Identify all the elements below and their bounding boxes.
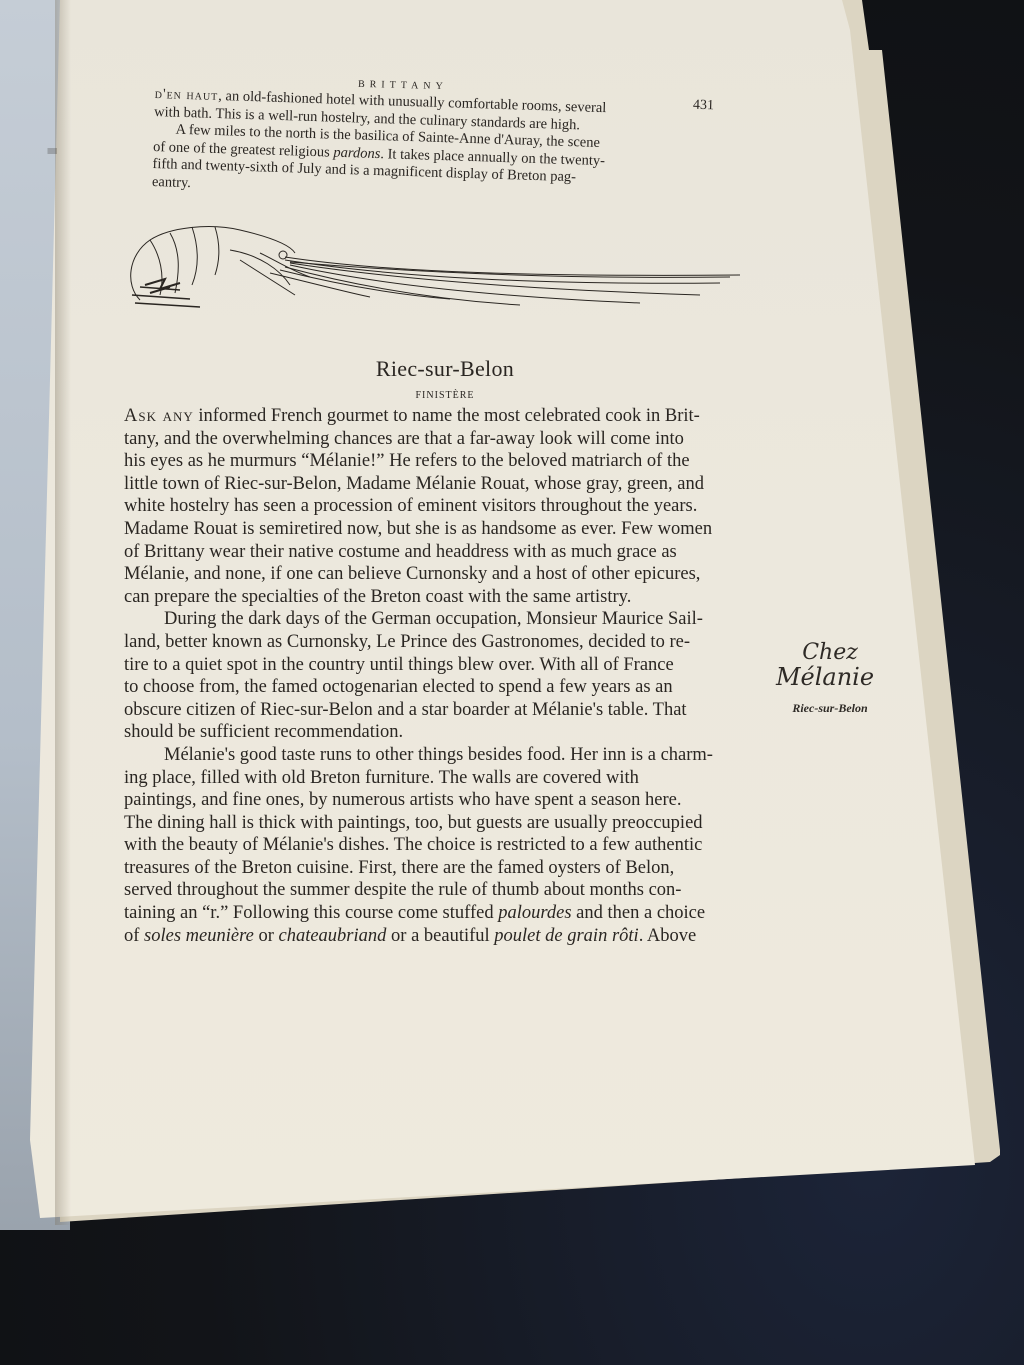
text-line: treasures of the Breton cuisine. First, … (124, 857, 764, 880)
text-line: obscure citizen of Riec-sur-Belon and a … (124, 699, 764, 722)
text-line: land, better known as Curnonsky, Le Prin… (124, 631, 764, 654)
running-head: BRITTANY (358, 79, 448, 92)
small-caps-lead: d'en haut (154, 86, 218, 104)
italic-term: palourdes (498, 903, 571, 923)
text-line: to choose from, the famed octogenarian e… (124, 676, 764, 699)
section-title: Riec-sur-Belon (0, 356, 890, 382)
italic-term: soles meunière (144, 926, 254, 946)
text-span: informed French gourmet to name the most… (194, 406, 700, 426)
text-line: Madame Rouat is semiretired now, but she… (124, 518, 764, 541)
text-line: ing place, filled with old Breton furnit… (124, 767, 764, 790)
small-caps-lead: Ask any (124, 406, 194, 426)
margin-note: Chez Mélanie Riec-sur-Belon (770, 640, 880, 716)
text-line: can prepare the specialties of the Breto… (124, 586, 764, 609)
page-number: 431 (693, 98, 714, 115)
top-paragraph: d'en haut, an old-fashioned hotel with u… (152, 86, 710, 208)
paragraph: Ask any informed French gourmet to name … (124, 405, 764, 608)
margin-note-chez: Chez (780, 640, 880, 665)
text-line: his eyes as he murmurs “Mélanie!” He ref… (124, 450, 764, 473)
text-line: Mélanie's good taste runs to other thing… (124, 744, 764, 767)
text-span: of (124, 926, 144, 946)
paragraph: Mélanie's good taste runs to other thing… (124, 744, 764, 947)
italic-term: pardons (333, 144, 380, 161)
text-line: served throughout the summer despite the… (124, 879, 764, 902)
text-line: little town of Riec-sur-Belon, Madame Mé… (124, 473, 764, 496)
text-line: of soles meunière or chateaubriand or a … (124, 925, 764, 948)
text-line: of Brittany wear their native costume an… (124, 541, 764, 564)
text-span: or (254, 926, 279, 946)
text-line: Ask any informed French gourmet to name … (124, 405, 764, 428)
text-line: During the dark days of the German occup… (124, 608, 764, 631)
paragraph: During the dark days of the German occup… (124, 608, 764, 744)
spine-mark: ||| (50, 148, 58, 198)
text-line: paintings, and fine ones, by numerous ar… (124, 789, 764, 812)
text-line: tire to a quiet spot in the country unti… (124, 654, 764, 677)
text-line: taining an “r.” Following this course co… (124, 902, 764, 925)
text-span: and then a choice (572, 903, 706, 923)
text-line: Mélanie, and none, if one can believe Cu… (124, 563, 764, 586)
text-line: tany, and the overwhelming chances are t… (124, 428, 764, 451)
text-span: . Above (639, 926, 697, 946)
margin-note-melanie: Mélanie (770, 663, 880, 691)
text-line: white hostelry has seen a procession of … (124, 495, 764, 518)
show-through-text (888, 895, 968, 965)
italic-term: chateaubriand (279, 926, 387, 946)
article-body: Ask any informed French gourmet to name … (124, 405, 764, 947)
text-line: The dining hall is thick with paintings,… (124, 812, 764, 835)
text-span: taining an “r.” Following this course co… (124, 903, 498, 923)
text-span: or a beautiful (386, 926, 494, 946)
margin-note-place: Riec-sur-Belon (780, 701, 880, 716)
text-line: with the beauty of Mélanie's dishes. The… (124, 834, 764, 857)
section-region: FINISTÈRE (0, 390, 890, 401)
langoustine-drawing-icon (120, 215, 750, 310)
italic-term: poulet de grain rôti (494, 926, 638, 946)
text-line: should be sufficient recommendation. (124, 721, 764, 744)
